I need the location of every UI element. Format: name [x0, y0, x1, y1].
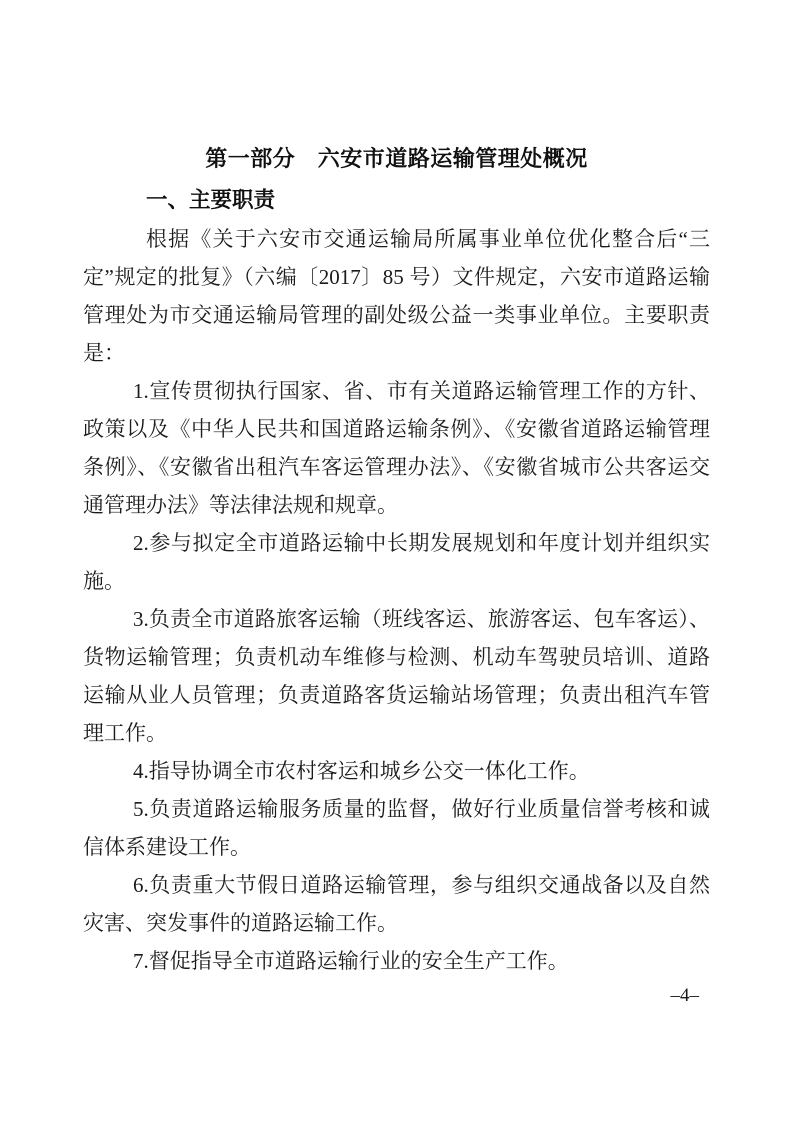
- intro-paragraph: 根据《关于六安市交通运输局所属事业单位优化整合后“三定”规定的批复》（六编〔20…: [83, 220, 710, 372]
- duty-item-3: 3.负责全市道路旅客运输（班线客运、旅游客运、包车客运）、货物运输管理；负责机动…: [83, 600, 710, 752]
- duty-item-4: 4.指导协调全市农村客运和城乡公交一体化工作。: [83, 752, 710, 790]
- duty-item-1: 1.宣传贯彻执行国家、省、市有关道路运输管理工作的方针、政策以及《中华人民共和国…: [83, 372, 710, 524]
- duty-item-5: 5.负责道路运输服务质量的监督，做好行业质量信誉考核和诚信体系建设工作。: [83, 790, 710, 866]
- duty-item-6: 6.负责重大节假日道路运输管理，参与组织交通战备以及自然灾害、突发事件的道路运输…: [83, 866, 710, 942]
- section-heading: 一、主要职责: [83, 186, 710, 214]
- body-text: 根据《关于六安市交通运输局所属事业单位优化整合后“三定”规定的批复》（六编〔20…: [83, 220, 710, 980]
- duty-item-7: 7.督促指导全市道路运输行业的安全生产工作。: [83, 942, 710, 980]
- page-number: –4–: [671, 985, 700, 1007]
- page-title: 第一部分 六安市道路运输管理处概况: [83, 145, 710, 173]
- duty-item-2: 2.参与拟定全市道路运输中长期发展规划和年度计划并组织实施。: [83, 524, 710, 600]
- document-page: 第一部分 六安市道路运输管理处概况 一、主要职责 根据《关于六安市交通运输局所属…: [0, 0, 793, 1122]
- page-content: 第一部分 六安市道路运输管理处概况 一、主要职责 根据《关于六安市交通运输局所属…: [83, 145, 710, 980]
